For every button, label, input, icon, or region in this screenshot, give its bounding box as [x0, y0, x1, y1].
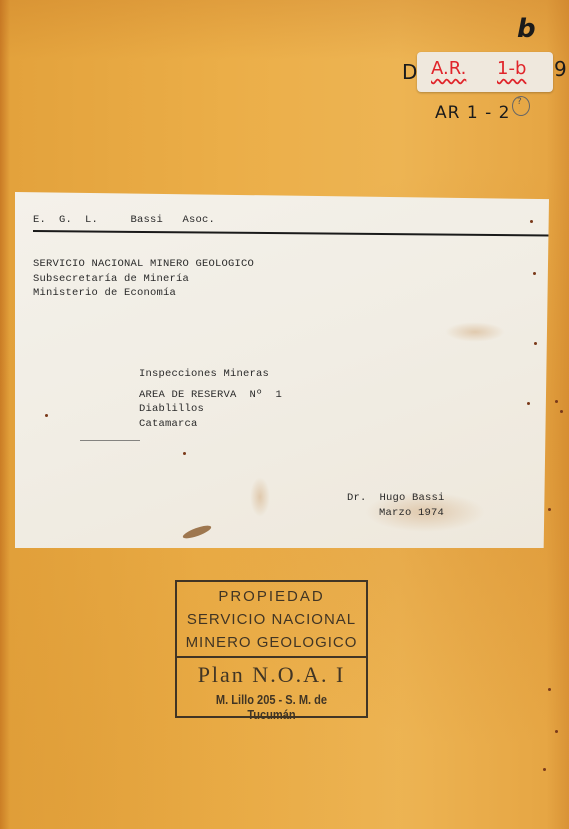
speck — [555, 730, 558, 733]
stamp-line-1: PROPIEDAD — [177, 588, 366, 605]
stain — [445, 322, 505, 342]
speck — [45, 414, 48, 417]
speck — [530, 220, 533, 223]
label-header: E. G. L. Bassi Asoc. — [33, 214, 215, 226]
stamp-line-3: MINERO GEOLOGICO — [177, 634, 366, 651]
handwritten-code: AR 1 - 2 — [435, 103, 510, 123]
property-stamp: PROPIEDAD SERVICIO NACIONAL MINERO GEOLO… — [175, 580, 368, 718]
speck — [548, 508, 551, 511]
folder-shading — [0, 0, 569, 60]
agency-line-3: Ministerio de Economía — [33, 287, 176, 299]
location-name: Diablillos — [139, 403, 204, 415]
stamp-divider — [177, 656, 366, 658]
circled-note-text: ? — [517, 97, 522, 107]
document-label: E. G. L. Bassi Asoc. SERVICIO NACIONAL M… — [15, 192, 549, 548]
speck — [533, 272, 536, 275]
partial-char-left: D — [402, 60, 417, 84]
speck — [555, 400, 558, 403]
sticker-prefix: A.R. — [431, 58, 466, 79]
speck — [534, 342, 537, 345]
reserve-area: AREA DE RESERVA Nº 1 — [139, 389, 282, 401]
archive-sticker: A.R. 1-b — [417, 52, 553, 92]
handwritten-letter: b — [517, 14, 536, 44]
speck — [527, 402, 530, 405]
speck — [183, 452, 186, 455]
speck — [543, 768, 546, 771]
author: Dr. Hugo Bassi — [347, 492, 445, 504]
province-name: Catamarca — [139, 418, 198, 430]
stamp-plan: Plan N.O.A. I — [177, 662, 366, 688]
header-rule — [33, 230, 553, 237]
speck — [560, 410, 563, 413]
stamp-line-2: SERVICIO NACIONAL — [177, 611, 366, 628]
sticker-code: 1-b — [497, 58, 526, 79]
agency-line-2: Subsecretaría de Minería — [33, 273, 189, 285]
speck — [548, 688, 551, 691]
stamp-address: M. Lillo 205 - S. M. de Tucumán — [191, 692, 352, 722]
date: Marzo 1974 — [379, 507, 444, 519]
agency-line-1: SERVICIO NACIONAL MINERO GEOLOGICO — [33, 258, 254, 270]
subject-title: Inspecciones Mineras — [139, 368, 269, 380]
stain — [250, 477, 270, 517]
partial-char-right: 9 — [554, 57, 567, 81]
pencil-mark — [80, 440, 140, 441]
